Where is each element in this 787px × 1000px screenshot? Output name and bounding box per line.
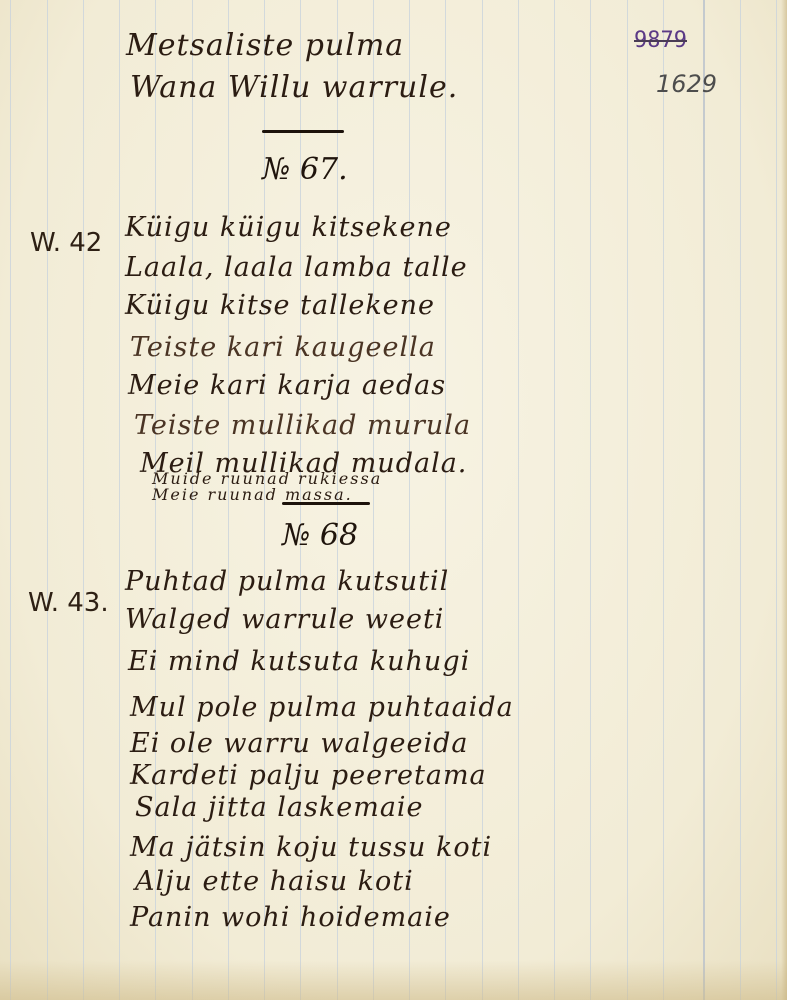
song-67-line-5: Meie kari karja aedas [128,370,446,401]
song-68-line-3: Ei mind kutsuta kuhugi [128,646,470,677]
rule-line [83,0,84,1000]
song-68-line-6: Kardeti palju peeretama [130,760,487,791]
page-bottom-edge [0,960,787,1000]
margin-rule-line [703,0,705,1000]
archive-number-crossed-out: 9879 [634,28,687,53]
section-divider [282,502,370,505]
song-68-line-10: Panin wohi hoidemaie [130,902,451,933]
margin-reference-w42: W. 42 [30,228,102,258]
rule-line [663,0,664,1000]
archive-number: 1629 [656,70,717,98]
song-68-line-5: Ei ole warru walgeeida [130,728,468,759]
header-subtitle: Wana Willu warrule. [130,70,458,105]
page-right-edge [781,0,787,1000]
song-number-68: № 68 [282,518,358,553]
rule-line [590,0,591,1000]
rule-line [554,0,555,1000]
song-68-line-9: Alju ette haisu koti [135,866,414,897]
rule-line [740,0,741,1000]
rule-line [47,0,48,1000]
section-divider [262,130,344,133]
song-68-line-7: Sala jitta laskemaie [135,792,424,823]
song-67-line-3: Küigu kitse tallekene [125,290,435,321]
rule-line [627,0,628,1000]
song-67-line-6: Teiste mullikad murula [134,410,471,441]
song-68-line-8: Ma jätsin koju tussu koti [130,832,492,863]
song-number-67: № 67. [262,152,348,187]
manuscript-page: 9879 1629 Metsaliste pulma Wana Willu wa… [0,0,787,1000]
margin-reference-w43: W. 43. [28,588,109,618]
song-68-line-4: Mul pole pulma puhtaaida [130,692,514,723]
song-67-line-4: Teiste kari kaugeella [130,332,436,363]
song-67-line-2: Laala, laala lamba talle [125,252,468,283]
header-title: Metsaliste pulma [126,28,404,63]
song-68-line-1: Puhtad pulma kutsutil [125,566,449,597]
rule-line [10,0,11,1000]
song-67-line-1: Küigu küigu kitsekene [125,212,452,243]
rule-line [518,0,519,1000]
rule-line [119,0,120,1000]
song-68-line-2: Walged warrule weeti [125,604,444,635]
rule-line [776,0,777,1000]
